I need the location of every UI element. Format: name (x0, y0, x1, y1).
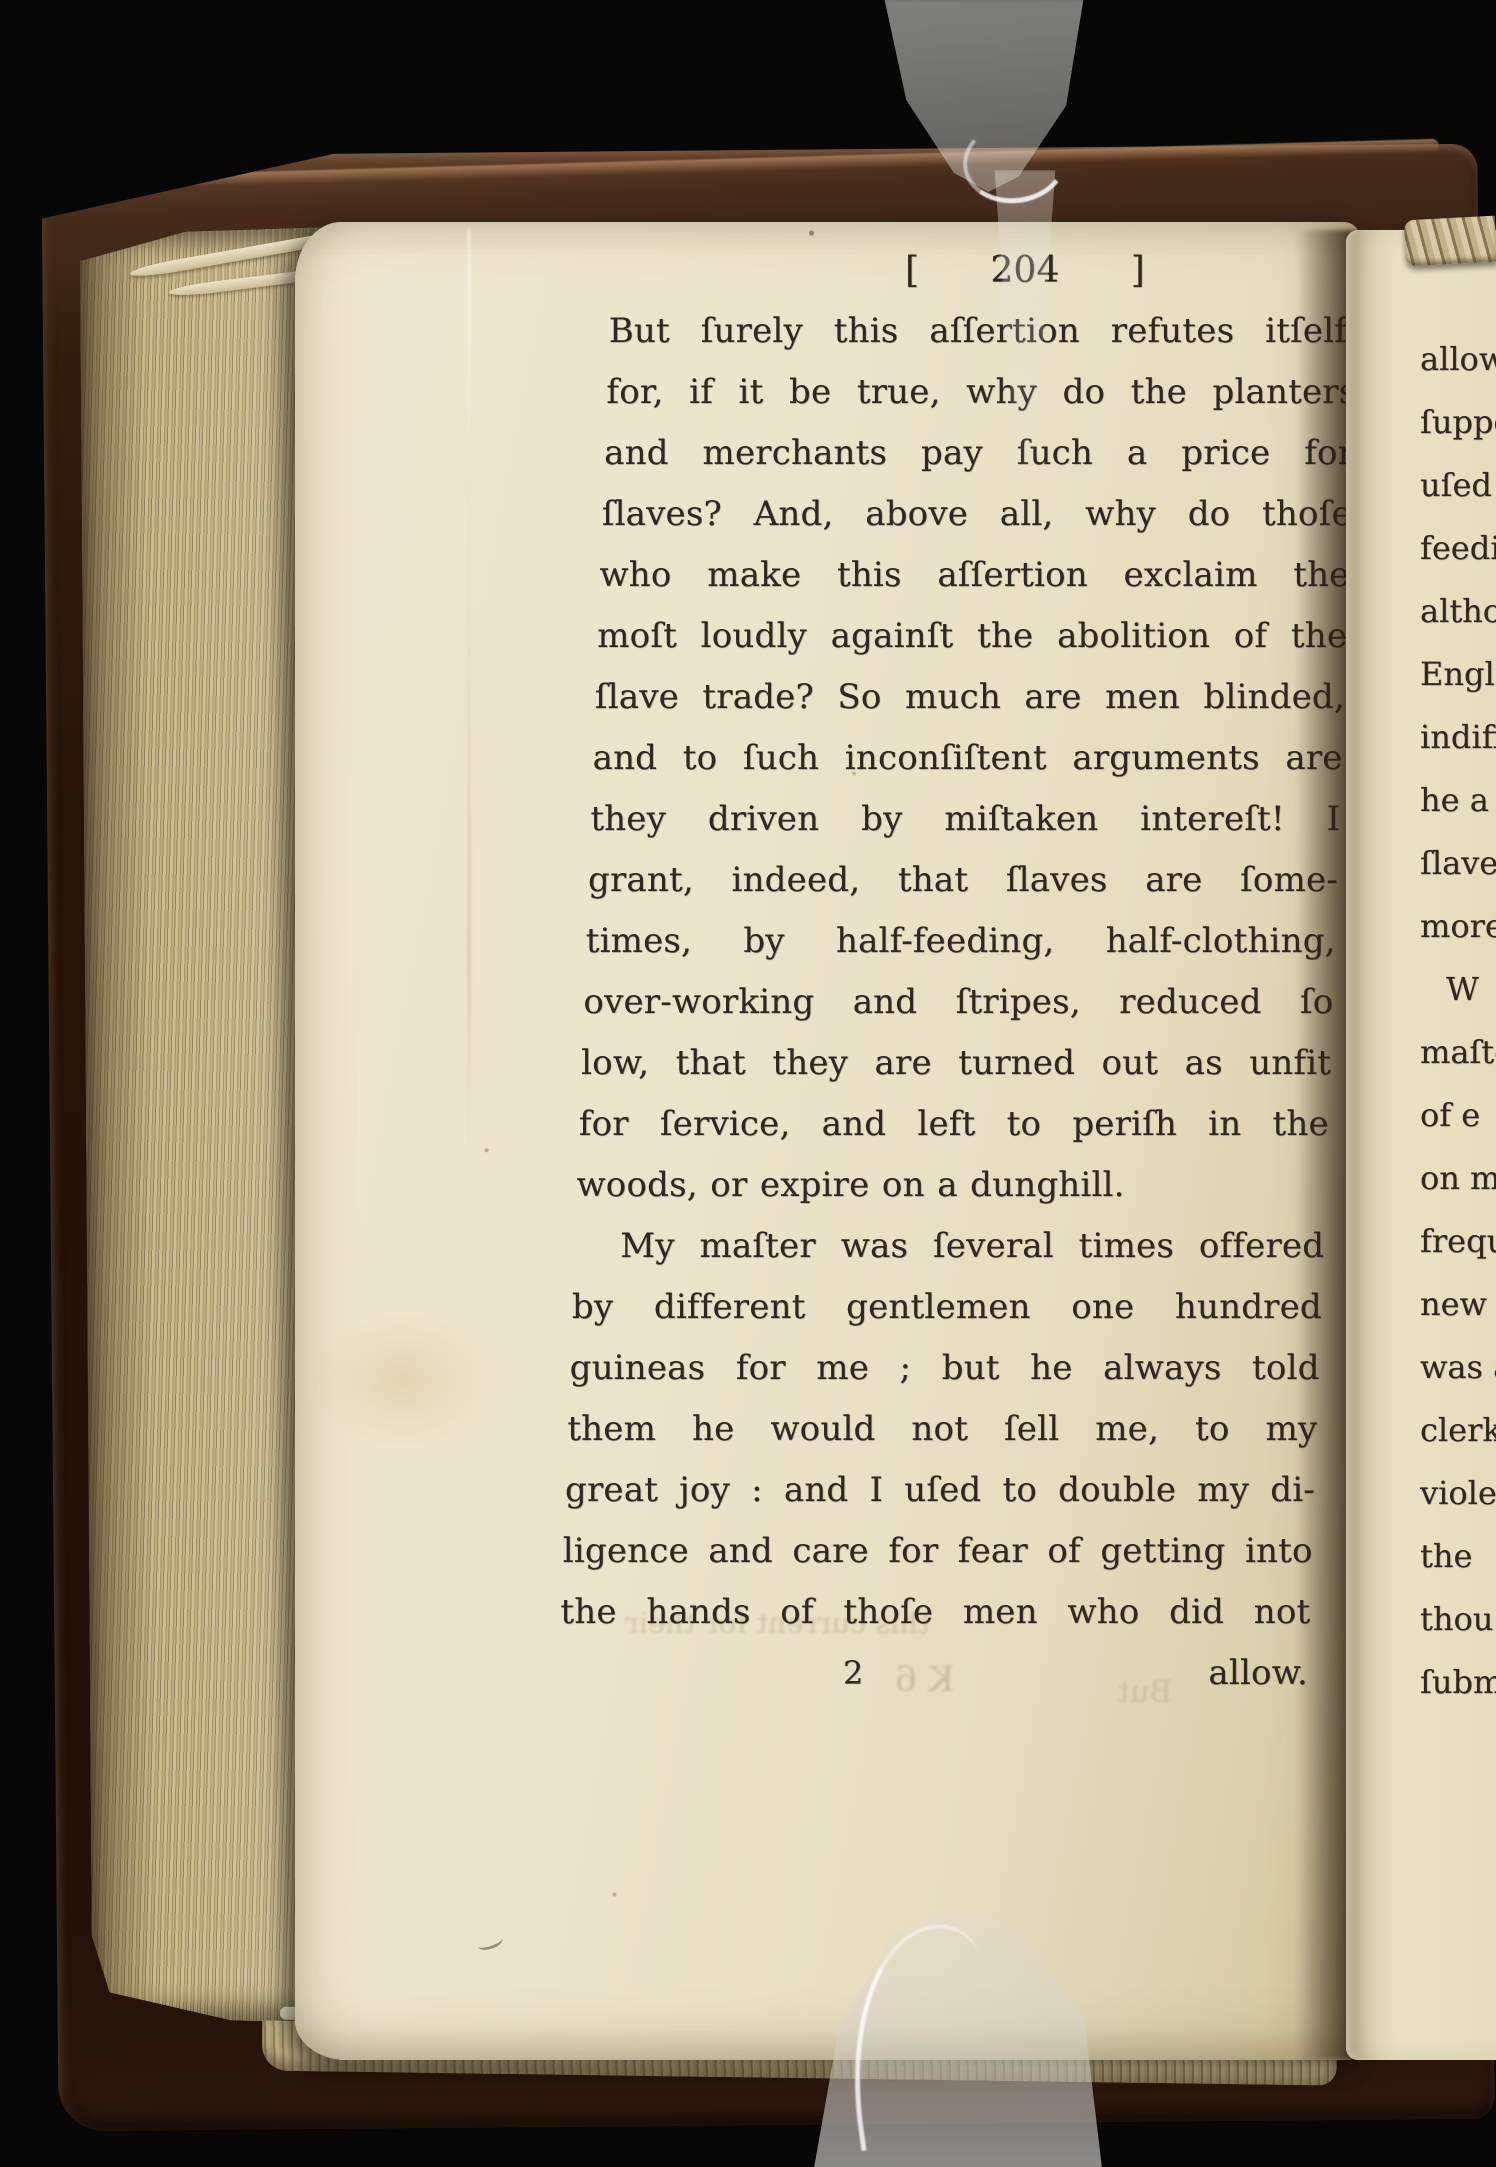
next-page-line-fragment: frequ (1420, 1210, 1496, 1273)
next-page-line-fragment: on m (1420, 1147, 1496, 1210)
text-line: and merchants pay ſuch a price for (604, 423, 1354, 484)
page-crease (467, 228, 471, 1148)
right-page-sliver: allowſuppouſed tfeedinalthouEngliſindiff… (1346, 230, 1496, 2060)
next-page-line-fragment: of e (1420, 1084, 1496, 1147)
press-figure: 2 (843, 1643, 864, 1704)
text-line: But ſurely this aſſertion refutes itſelf… (609, 301, 1359, 362)
printed-text-block: [ 204 ] But ſurely this aſſertion refute… (611, 240, 1361, 1704)
next-page-line-fragment: was a (1420, 1336, 1496, 1399)
text-line: grant, indeed, that ſlaves are ſome- (588, 850, 1338, 911)
catchword: allow. (1208, 1643, 1308, 1704)
next-page-line-fragment: feedin (1420, 517, 1496, 580)
next-page-line-fragment: W (1420, 958, 1496, 1021)
next-page-line-fragment: the (1420, 1525, 1496, 1588)
text-line: low, that they are turned out as unfit (581, 1033, 1331, 1094)
next-page-line-fragment: althou (1420, 580, 1496, 643)
next-page-line-fragment: ſuppo (1420, 391, 1496, 454)
next-page-line-fragment: allow (1420, 328, 1496, 391)
text-line: ligence and care for fear of getting int… (563, 1521, 1313, 1582)
next-page-line-fragment: clerk (1420, 1399, 1496, 1462)
text-line: them he would not ſell me, to my (567, 1399, 1317, 1460)
next-page-line-fragment: Engliſ (1420, 643, 1496, 706)
next-page-line-fragment: uſed t (1420, 454, 1496, 517)
text-line: guineas for me ; but he always told (570, 1338, 1320, 1399)
text-line: who make this aſſertion exclaim the (600, 545, 1350, 606)
next-page-line-fragment: viole (1420, 1462, 1496, 1525)
page-footer: 2 allow. (558, 1643, 1308, 1704)
text-line: woods, or expire on a dunghill. (577, 1155, 1327, 1216)
book-photograph: this current for their K 6 But [ 204 ] B… (0, 0, 1496, 2167)
next-page-line-fragment: more (1420, 895, 1496, 958)
header-bracket-left: [ (905, 240, 919, 301)
text-line: by different gentlemen one hundred (572, 1277, 1322, 1338)
text-line: moſt loudly againſt the abolition of the (597, 606, 1347, 667)
next-page-line-fragment: ſlaves (1420, 832, 1496, 895)
text-line: times, by half-feeding, half-clothing, (586, 911, 1336, 972)
text-line: and to ſuch inconſiſtent arguments are (593, 728, 1343, 789)
text-line: for ſervice, and left to periſh in the (579, 1094, 1329, 1155)
text-lines: But ſurely this aſſertion refutes itſelf… (611, 301, 1361, 1643)
text-line: ſlave trade? So much are men blinded, (595, 667, 1345, 728)
text-line: over-working and ſtripes, reduced ſo (583, 972, 1333, 1033)
next-page-line-fragment: maſte (1420, 1021, 1496, 1084)
next-page-line-fragment: he a (1420, 769, 1496, 832)
text-line: they driven by miſtaken intereſt! I (590, 789, 1340, 850)
next-page-line-fragment: indiff (1420, 706, 1496, 769)
next-page-line-fragment: thou (1420, 1588, 1496, 1651)
stray-ink-mark (476, 1932, 505, 1952)
header-bracket-right: ] (1131, 240, 1145, 301)
text-line: ſlaves? And, above all, why do thoſe (602, 484, 1352, 545)
text-line: for, if it be true, why do the planters (606, 362, 1356, 423)
endband-braid (1404, 216, 1496, 267)
text-line: the hands of thoſe men who did not (560, 1582, 1310, 1643)
text-line: great joy : and I uſed to double my di- (565, 1460, 1315, 1521)
next-page-text: allowſuppouſed tfeedinalthouEngliſindiff… (1420, 328, 1496, 1714)
text-line: My maſter was ſeveral times offered (574, 1216, 1324, 1277)
next-page-line-fragment: ſubm (1420, 1651, 1496, 1714)
next-page-line-fragment: new r (1420, 1273, 1496, 1336)
